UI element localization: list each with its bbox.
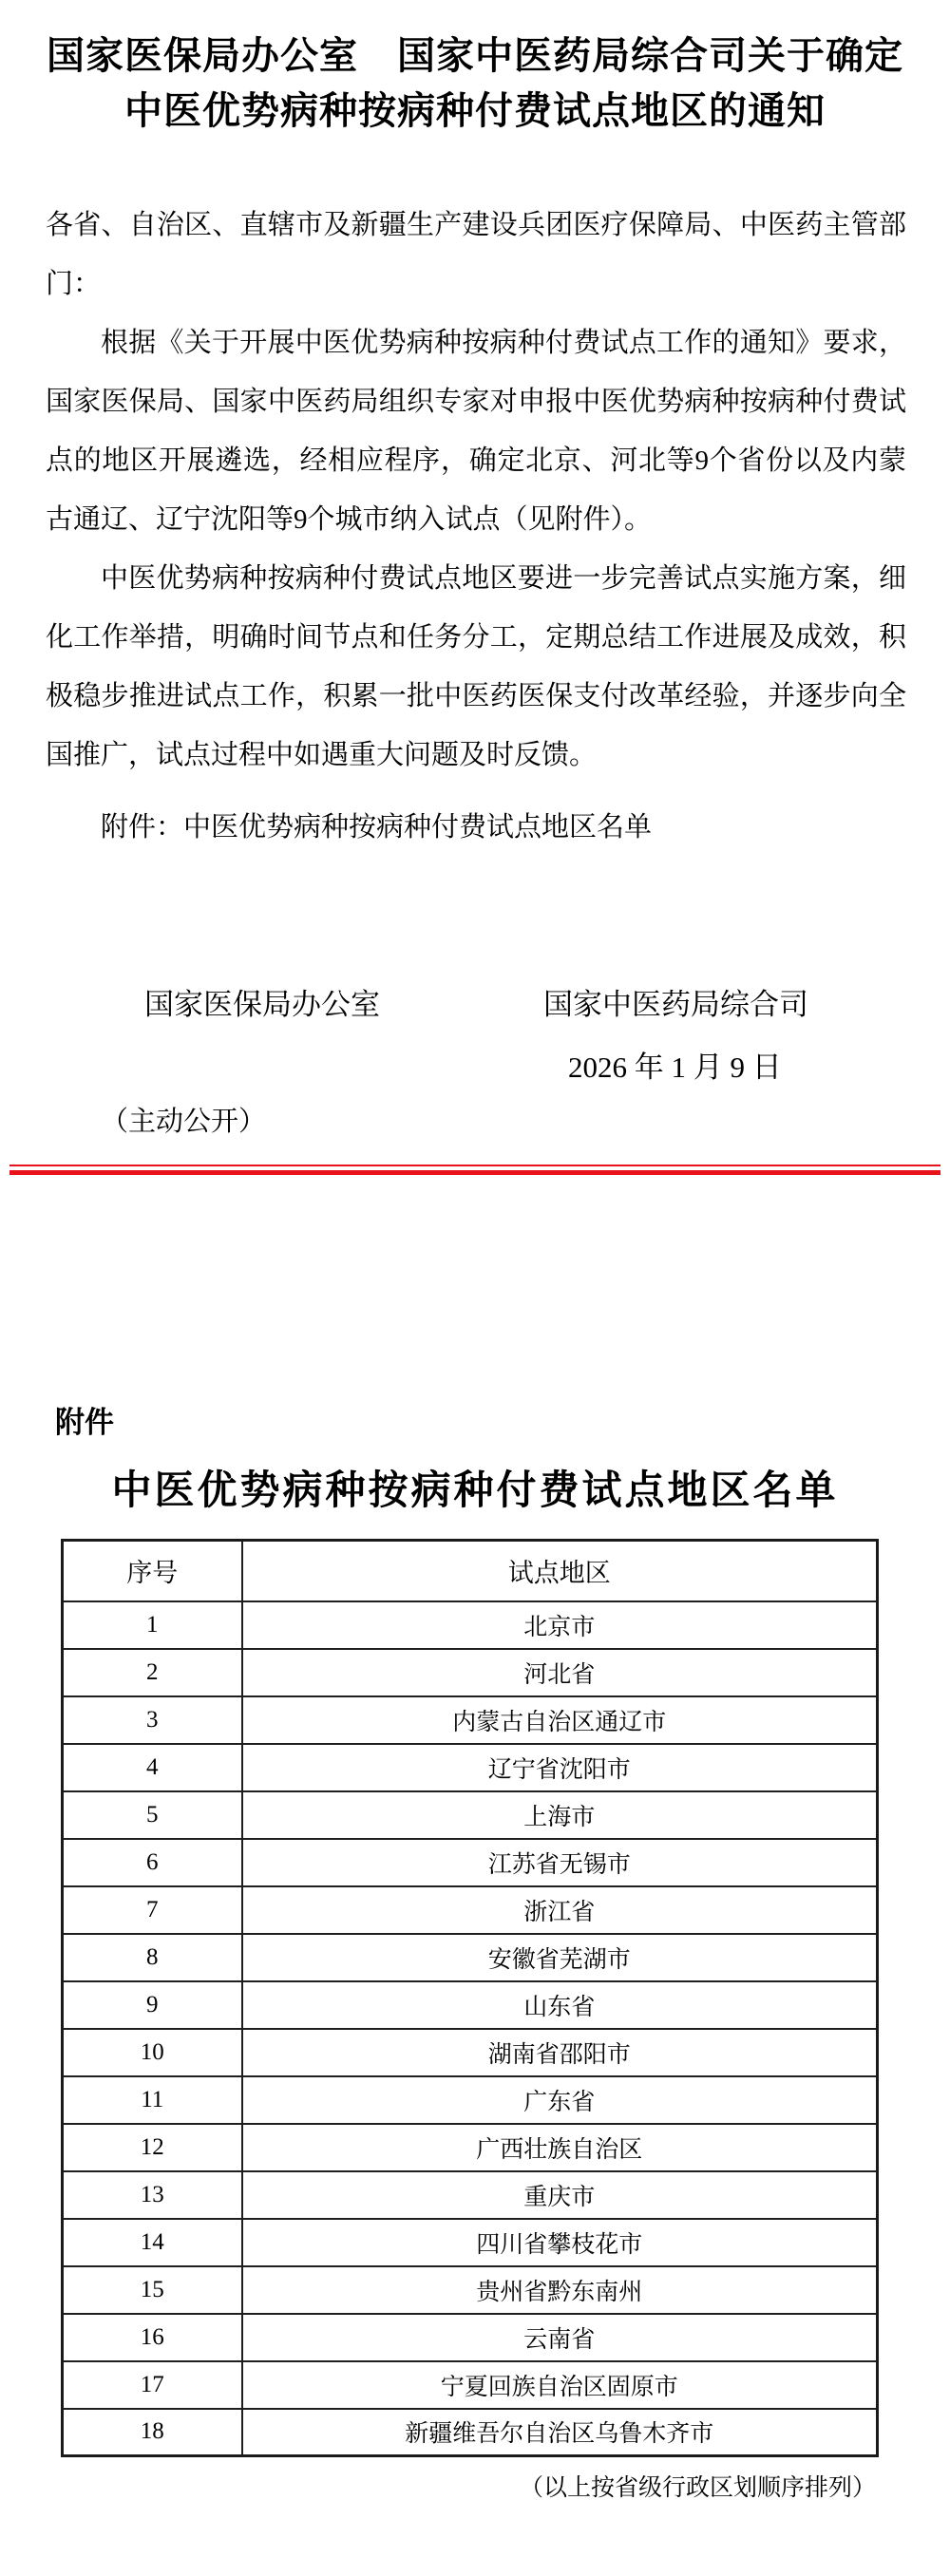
signer-left: 国家医保局办公室 [144,980,380,1023]
row-number-cell: 17 [63,2361,242,2409]
table-footnote: （以上按省级行政区划顺序排列） [0,2469,950,2501]
disclosure-note: （主动公开） [0,1100,950,1138]
row-number-cell: 1 [63,1601,242,1649]
row-number-cell: 18 [63,2409,242,2456]
page-title-line-1: 国家医保局办公室 国家中医药局综合司关于确定 [0,28,950,84]
notice-body: 各省、自治区、直辖市及新疆生产建设兵团医疗保障局、中医药主管部门： 根据《关于开… [46,196,906,785]
row-region-cell: 重庆市 [242,2171,878,2219]
pilot-areas-table: 序号 试点地区 1北京市2河北省3内蒙古自治区通辽市4辽宁省沈阳市5上海市6江苏… [61,1539,879,2457]
table-row: 7浙江省 [63,1886,878,1934]
table-row: 8安徽省芜湖市 [63,1934,878,1981]
row-number-cell: 12 [63,2124,242,2171]
row-number-cell: 7 [63,1886,242,1934]
row-number-cell: 2 [63,1649,242,1696]
row-region-cell: 浙江省 [242,1886,878,1934]
row-number-cell: 13 [63,2171,242,2219]
table-row: 4辽宁省沈阳市 [63,1744,878,1791]
row-region-cell: 贵州省黔东南州 [242,2266,878,2314]
row-number-cell: 9 [63,1981,242,2029]
table-row: 10湖南省邵阳市 [63,2029,878,2076]
signature-row: 国家医保局办公室 国家中医药局综合司 [0,980,950,1018]
row-number-cell: 16 [63,2314,242,2361]
row-number-cell: 3 [63,1696,242,1744]
table-row: 11广东省 [63,2076,878,2124]
row-region-cell: 江苏省无锡市 [242,1839,878,1886]
row-region-cell: 广东省 [242,2076,878,2124]
table-row: 17宁夏回族自治区固原市 [63,2361,878,2409]
row-region-cell: 北京市 [242,1601,878,1649]
row-region-cell: 上海市 [242,1791,878,1839]
red-separator-thin-line [9,1165,940,1166]
paragraph-2: 中医优势病种按病种付费试点地区要进一步完善试点实施方案，细化工作举措，明确时间节… [46,549,906,785]
row-region-cell: 河北省 [242,1649,878,1696]
attachment-label: 附件 [55,1398,950,1438]
row-region-cell: 内蒙古自治区通辽市 [242,1696,878,1744]
pilot-table-body: 1北京市2河北省3内蒙古自治区通辽市4辽宁省沈阳市5上海市6江苏省无锡市7浙江省… [63,1601,878,2456]
table-row: 1北京市 [63,1601,878,1649]
red-separator-thick-line [9,1170,940,1175]
header-row: 序号 试点地区 [63,1541,878,1601]
column-header-region: 试点地区 [242,1541,878,1601]
row-number-cell: 15 [63,2266,242,2314]
row-region-cell: 山东省 [242,1981,878,2029]
attachment-table-title: 中医优势病种按病种付费试点地区名单 [0,1465,950,1518]
table-row: 16云南省 [63,2314,878,2361]
row-number-cell: 6 [63,1839,242,1886]
row-region-cell: 安徽省芜湖市 [242,1934,878,1981]
salutation: 各省、自治区、直辖市及新疆生产建设兵团医疗保障局、中医药主管部门： [46,196,906,313]
row-region-cell: 云南省 [242,2314,878,2361]
pilot-table-header: 序号 试点地区 [63,1541,878,1601]
row-region-cell: 新疆维吾尔自治区乌鲁木齐市 [242,2409,878,2456]
row-number-cell: 8 [63,1934,242,1981]
issue-date: 2026 年 1 月 9 日 [0,1043,950,1081]
row-number-cell: 4 [63,1744,242,1791]
table-row: 14四川省攀枝花市 [63,2219,878,2266]
row-number-cell: 11 [63,2076,242,2124]
table-row: 6江苏省无锡市 [63,1839,878,1886]
paragraph-1: 根据《关于开展中医优势病种按病种付费试点工作的通知》要求，国家医保局、国家中医药… [46,313,906,549]
table-row: 12广西壮族自治区 [63,2124,878,2171]
row-region-cell: 四川省攀枝花市 [242,2219,878,2266]
table-row: 13重庆市 [63,2171,878,2219]
table-row: 9山东省 [63,1981,878,2029]
row-number-cell: 10 [63,2029,242,2076]
attachment-reference-line: 附件：中医优势病种按病种付费试点地区名单 [46,798,906,857]
row-region-cell: 湖南省邵阳市 [242,2029,878,2076]
red-separator [9,1165,940,1175]
row-number-cell: 14 [63,2219,242,2266]
column-header-no: 序号 [63,1541,242,1601]
signer-right: 国家中医药局综合司 [543,980,808,1023]
row-region-cell: 广西壮族自治区 [242,2124,878,2171]
table-row: 3内蒙古自治区通辽市 [63,1696,878,1744]
row-number-cell: 5 [63,1791,242,1839]
row-region-cell: 辽宁省沈阳市 [242,1744,878,1791]
row-region-cell: 宁夏回族自治区固原市 [242,2361,878,2409]
page-title: 国家医保局办公室 国家中医药局综合司关于确定 中医优势病种按病种付费试点地区的通… [0,0,950,139]
table-row: 18新疆维吾尔自治区乌鲁木齐市 [63,2409,878,2456]
table-row: 5上海市 [63,1791,878,1839]
table-row: 2河北省 [63,1649,878,1696]
page-title-line-2: 中医优势病种按病种付费试点地区的通知 [0,84,950,139]
table-row: 15贵州省黔东南州 [63,2266,878,2314]
